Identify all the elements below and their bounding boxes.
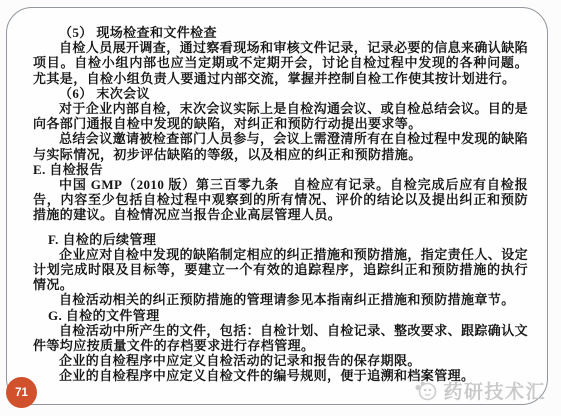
slide: （5） 现场检查和文件检查自检人员展开调查，通过察看现场和审核文件记录，记录必要… <box>0 0 561 416</box>
paragraph: 企业应对自检中发现的缺陷制定相应的纠正措施和预防措施，指定责任人、设定计划完成时… <box>33 247 528 293</box>
page-number-badge: 71 <box>6 377 37 408</box>
document-body: （5） 现场检查和文件检查自检人员展开调查，通过察看现场和审核文件记录，记录必要… <box>33 25 528 384</box>
paragraph: 对于企业内部自检，末次会议实际上是自检沟通会议、或自检总结会议。目的是向各部门通… <box>33 101 528 131</box>
panda-mascot-icon <box>413 379 438 402</box>
paragraph: 自检活动相关的纠正预防措施的管理请参见本指南纠正措施和预防措施章节。 <box>33 292 528 307</box>
paragraph: 自检人员展开调查，通过察看现场和审核文件记录，记录必要的信息来确认缺陷项目。自检… <box>33 40 528 86</box>
section-heading: G. 自检的文件管理 <box>33 308 528 323</box>
page-number: 71 <box>15 387 28 399</box>
section-heading: E. 自检报告 <box>33 162 528 177</box>
section-heading: （5） 现场检查和文件检查 <box>33 25 528 40</box>
brand-name: 药研技术汇 <box>443 377 546 404</box>
paragraph: 总结会议邀请被检查部门人员参与，会议上需澄清所有在自检过程中发现的缺陷与实际情况… <box>33 131 528 161</box>
section-heading: （6） 末次会议 <box>33 86 528 101</box>
brand-watermark: 药研技术汇 <box>413 377 546 404</box>
section-heading: F. 自检的后续管理 <box>33 232 528 247</box>
block-spacer <box>33 223 528 232</box>
paragraph: 中国 GMP（2010 版）第三百零九条 自检应有记录。自检完成后应有自检报告，… <box>33 177 528 223</box>
paragraph: 企业的自检程序中应定义自检活动的记录和报告的保存期限。 <box>33 353 528 368</box>
paragraph: 自检活动中所产生的文件，包括：自检计划、自检记录、整改要求、跟踪确认文件等均应按… <box>33 323 528 353</box>
